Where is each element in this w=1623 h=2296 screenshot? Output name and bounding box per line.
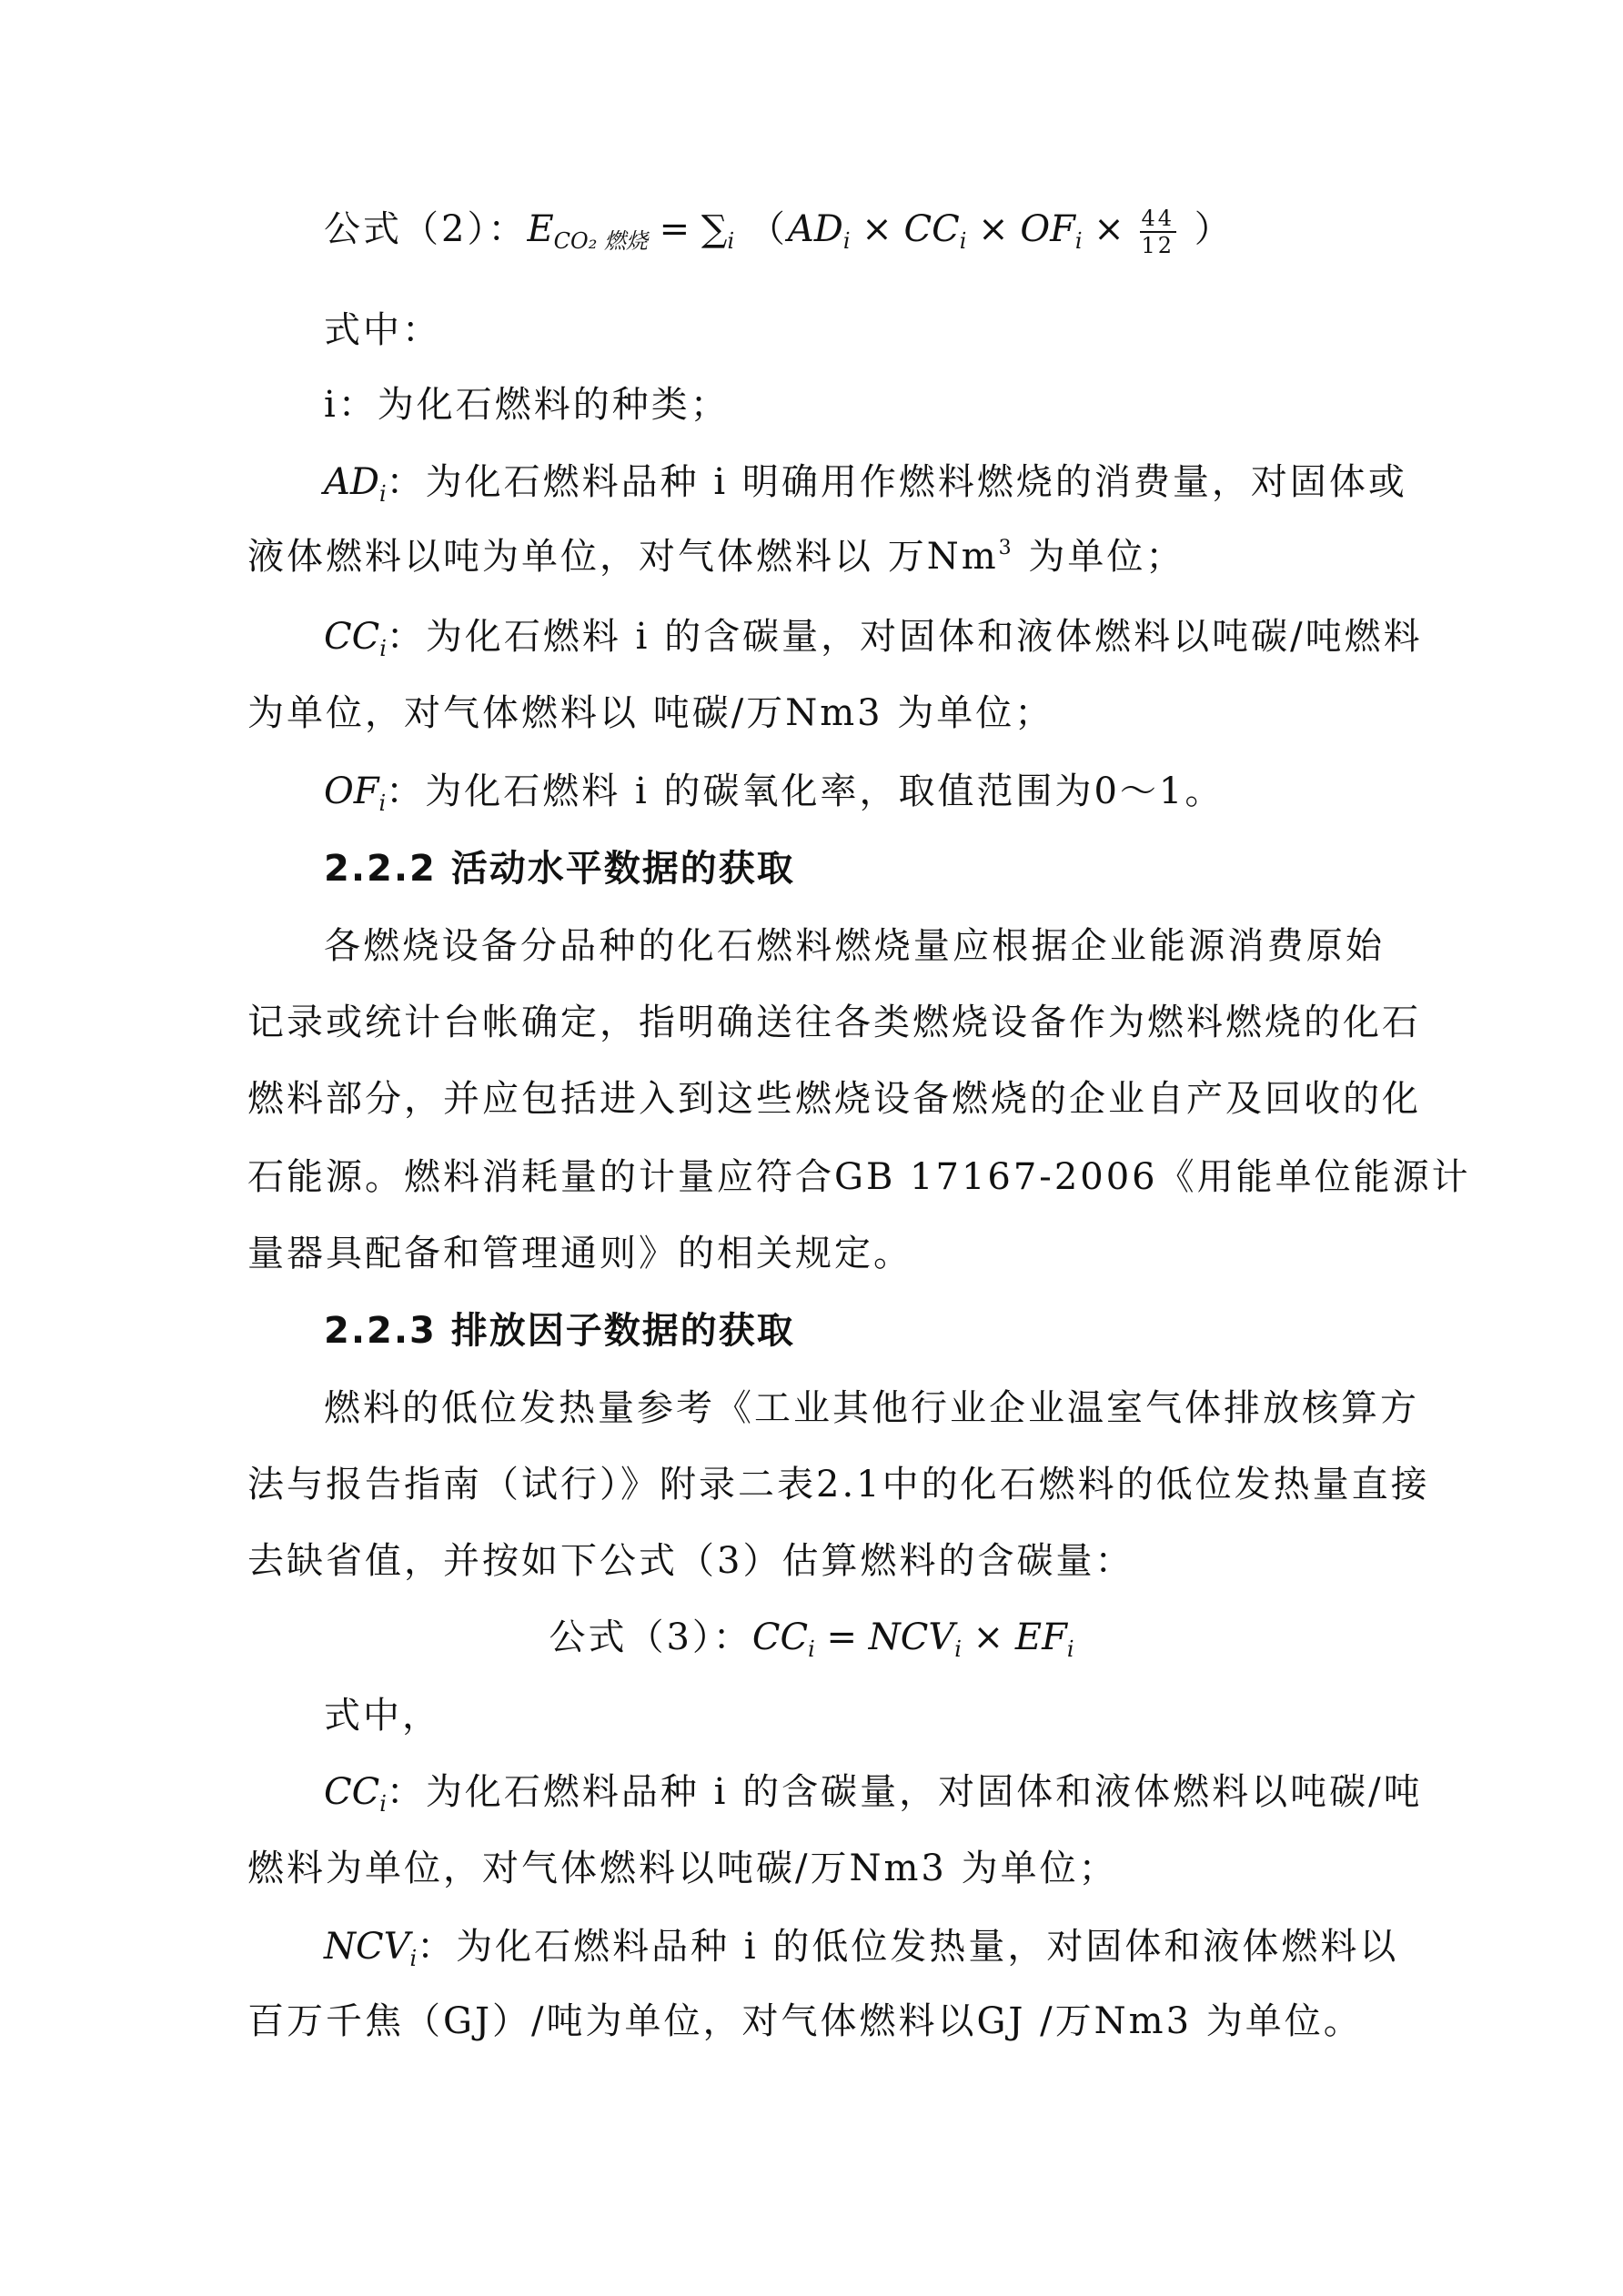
paragraph-line: 燃料部分，并应包括进入到这些燃烧设备燃烧的企业自产及回收的化 xyxy=(247,1072,1385,1126)
definition-cc-cont: 为单位，对气体燃料以 吨碳/万Nm3 为单位； xyxy=(247,686,1385,740)
formula-terms: ADi × CCi × OFi × xyxy=(788,208,1136,250)
definition-ncv-cont: 百万千焦（GJ）/吨为单位，对气体燃料以GJ /万Nm3 为单位。 xyxy=(247,1994,1385,2049)
formula-lhs: ECO₂ 燃烧 xyxy=(527,208,648,250)
definition-of: OFi：为化石燃料 i 的碳氧化率，取值范围为0～1。 xyxy=(324,764,1385,819)
formula-label: 公式（2）： xyxy=(324,208,527,250)
definition-ad-cont: 液体燃料以吨为单位，对气体燃料以 万Nm3 为单位； xyxy=(247,529,1385,584)
paragraph-line: 法与报告指南（试行）》附录二表2.1中的化石燃料的低位发热量直接 xyxy=(247,1457,1385,1512)
paragraph-line: 去缺省值，并按如下公式（3）估算燃料的含碳量： xyxy=(247,1534,1385,1588)
fraction-44-12: 4412 xyxy=(1140,206,1177,258)
definition-cc-2: CCi：为化石燃料品种 i 的含碳量，对固体和液体燃料以吨碳/吨 xyxy=(324,1765,1385,1819)
definition-i: i：为化石燃料的种类； xyxy=(324,378,1385,432)
paragraph-line: 燃料的低位发热量参考《工业其他行业企业温室气体排放核算方 xyxy=(324,1381,1385,1435)
paragraph-line: 石能源。燃料消耗量的计量应符合GB 17167-2006《用能单位能源计 xyxy=(247,1150,1385,1204)
section-heading-2-2-3: 2.2.3 排放因子数据的获取 xyxy=(324,1304,1385,1358)
definition-cc: CCi：为化石燃料 i 的含碳量，对固体和液体燃料以吨碳/吨燃料 xyxy=(324,609,1385,664)
where-label-2: 式中， xyxy=(324,1688,1385,1743)
paragraph-line: 记录或统计台帐确定，指明确送往各类燃烧设备作为燃料燃烧的化石 xyxy=(247,995,1385,1050)
definition-ncv: NCVi：为化石燃料品种 i 的低位发热量，对固体和液体燃料以 xyxy=(324,1919,1385,1974)
formula-2: 公式（2）：ECO₂ 燃烧 = ∑i （ADi × CCi × OFi × 44… xyxy=(324,202,1385,258)
where-label: 式中： xyxy=(324,303,1385,357)
paragraph-line: 量器具配备和管理通则》的相关规定。 xyxy=(247,1226,1385,1281)
definition-ad: ADi：为化石燃料品种 i 明确用作燃料燃烧的消费量，对固体或 xyxy=(324,455,1385,509)
section-heading-2-2-2: 2.2.2 活动水平数据的获取 xyxy=(324,841,1385,896)
definition-cc-2-cont: 燃料为单位，对气体燃料以吨碳/万Nm3 为单位； xyxy=(247,1841,1385,1896)
paragraph-line: 各燃烧设备分品种的化石燃料燃烧量应根据企业能源消费原始 xyxy=(324,919,1385,973)
formula-3: 公式（3）：CCi = NCVi × EFi xyxy=(247,1610,1376,1665)
